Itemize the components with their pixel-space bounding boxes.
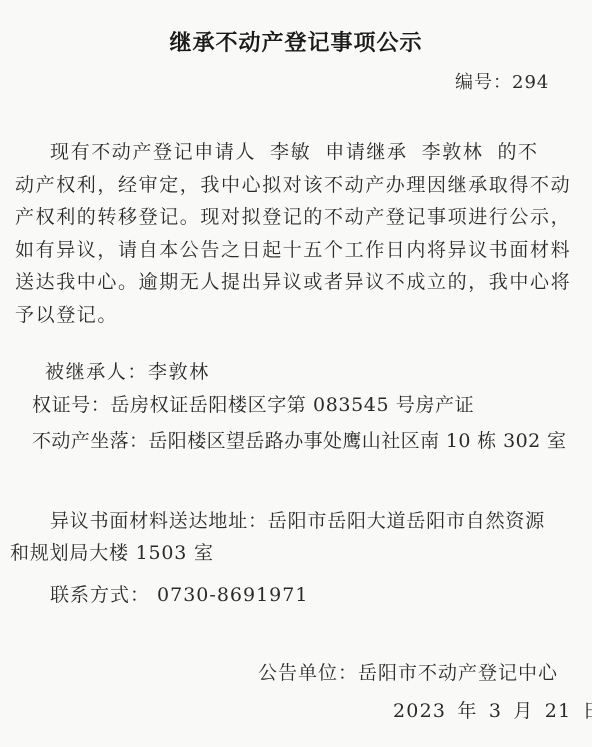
body-line-1-mid: 申请继承 (325, 141, 407, 163)
serial-number: 编号：294 (455, 68, 549, 94)
contact-line: 联系方式： 0730-8691971 (50, 583, 308, 607)
body-line-6: 予以登记。 (15, 303, 118, 327)
objection-address-line-1: 异议书面材料送达地址：岳阳市岳阳大道岳阳市自然资源 (50, 509, 545, 533)
location-line: 不动产坐落：岳阳楼区望岳路办事处鹰山社区南 10 栋 302 室 (32, 429, 566, 453)
body-line-1-suffix: 的不 (497, 141, 538, 163)
decedent-line: 被继承人：李敦林 (45, 360, 210, 384)
issuer-line: 公告单位：岳阳市不动产登记中心 (258, 661, 558, 685)
body-line-5: 送达我中心。逾期无人提出异议或者异议不成立的，我中心将 (15, 270, 571, 294)
body-line-1-prefix: 现有不动产登记申请人 (50, 141, 256, 163)
date-line: 2023 年 3 月 21 日 (393, 699, 592, 723)
certificate-line: 权证号：岳房权证岳阳楼区字第 083545 号房产证 (32, 393, 474, 417)
objection-address-line-2: 和规划局大楼 1503 室 (10, 541, 214, 565)
body-line-2: 动产权利，经审定，我中心拟对该不动产办理因继承取得不动 (15, 173, 571, 197)
body-line-1: 现有不动产登记申请人李敏申请继承李敦林的不 (50, 140, 539, 164)
body-line-4: 如有异议，请自本公告之日起十五个工作日内将异议书面材料 (15, 238, 571, 262)
applicant-name: 李敏 (270, 141, 311, 163)
body-line-3: 产权利的转移登记。现对拟登记的不动产登记事项进行公示， (15, 205, 571, 229)
document-title: 继承不动产登记事项公示 (0, 26, 592, 57)
decedent-name: 李敦林 (422, 141, 484, 163)
